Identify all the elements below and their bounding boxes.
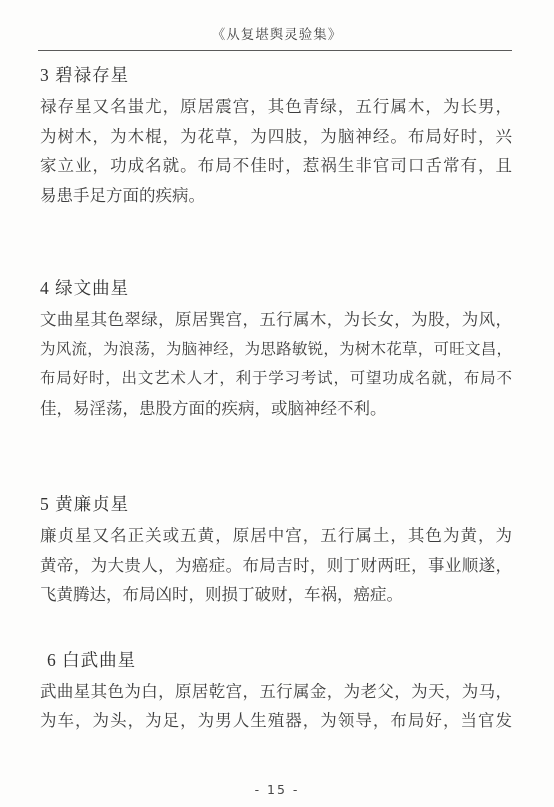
- text-line: 文曲星其色翠绿，原居巽宫，五行属木，为长女，为股，为风，: [40, 305, 512, 335]
- section-3-lucun-star: 3 碧禄存星 禄存星又名蚩尤，原居震宫，其色青绿，五行属木，为长男， 为树木，为…: [40, 63, 512, 210]
- section-paragraph: 文曲星其色翠绿，原居巽宫，五行属木，为长女，为股，为风， 为风流，为浪荡，为脑神…: [40, 305, 512, 423]
- section-heading: 4 绿文曲星: [40, 276, 512, 300]
- text-line: 禄存星又名蚩尤，原居震宫，其色青绿，五行属木，为长男，: [40, 92, 512, 122]
- section-paragraph: 武曲星其色为白，原居乾宫，五行属金，为老父，为天，为马， 为车，为头，为足，为男…: [40, 677, 512, 736]
- page-header-title: 《从复堪舆灵验集》: [0, 27, 554, 43]
- text-line: 黄帝，为大贵人，为癌症。布局吉时，则丁财两旺，事业顺遂，: [40, 551, 512, 581]
- page-number: - 15 -: [0, 782, 554, 798]
- page-content: 3 碧禄存星 禄存星又名蚩尤，原居震宫，其色青绿，五行属木，为长男， 为树木，为…: [0, 63, 554, 736]
- text-line: 为车，为头，为足，为男人生殖器，为领导，布局好，当官发: [40, 706, 512, 736]
- section-paragraph: 廉贞星又名正关或五黄，原居中宫，五行属土，其色为黄，为 黄帝，为大贵人，为癌症。…: [40, 521, 512, 610]
- text-line: 家立业，功成名就。布局不佳时，惹祸生非官司口舌常有，且: [40, 151, 512, 181]
- text-line: 为树木，为木棍，为花草，为四肢，为脑神经。布局好时，兴: [40, 122, 512, 152]
- text-line: 为风流，为浪荡，为脑神经，为思路敏锐，为树木花草，可旺文昌，: [40, 335, 512, 365]
- text-line: 飞黄腾达，布局凶时，则损丁破财，车祸，癌症。: [40, 580, 512, 610]
- text-line: 廉贞星又名正关或五黄，原居中宫，五行属土，其色为黄，为: [40, 521, 512, 551]
- text-line: 佳，易淫荡，患股方面的疾病，或脑神经不利。: [40, 394, 512, 424]
- section-heading: 5 黄廉贞星: [40, 492, 512, 516]
- text-line: 布局好时，出文艺术人才，利于学习考试，可望功成名就，布局不: [40, 364, 512, 394]
- text-line: 武曲星其色为白，原居乾宫，五行属金，为老父，为天，为马，: [40, 677, 512, 707]
- scanned-book-page: 《从复堪舆灵验集》 3 碧禄存星 禄存星又名蚩尤，原居震宫，其色青绿，五行属木，…: [0, 0, 554, 807]
- section-6-wuqu-star: 6 白武曲星 武曲星其色为白，原居乾宫，五行属金，为老父，为天，为马， 为车，为…: [40, 648, 512, 736]
- section-heading: 6 白武曲星: [40, 648, 512, 672]
- header-divider: [38, 50, 512, 51]
- section-heading: 3 碧禄存星: [40, 63, 512, 87]
- section-4-wenqu-star: 4 绿文曲星 文曲星其色翠绿，原居巽宫，五行属木，为长女，为股，为风， 为风流，…: [40, 276, 512, 423]
- text-line: 易患手足方面的疾病。: [40, 181, 512, 211]
- section-5-lianzhen-star: 5 黄廉贞星 廉贞星又名正关或五黄，原居中宫，五行属土，其色为黄，为 黄帝，为大…: [40, 492, 512, 610]
- section-paragraph: 禄存星又名蚩尤，原居震宫，其色青绿，五行属木，为长男， 为树木，为木棍，为花草，…: [40, 92, 512, 210]
